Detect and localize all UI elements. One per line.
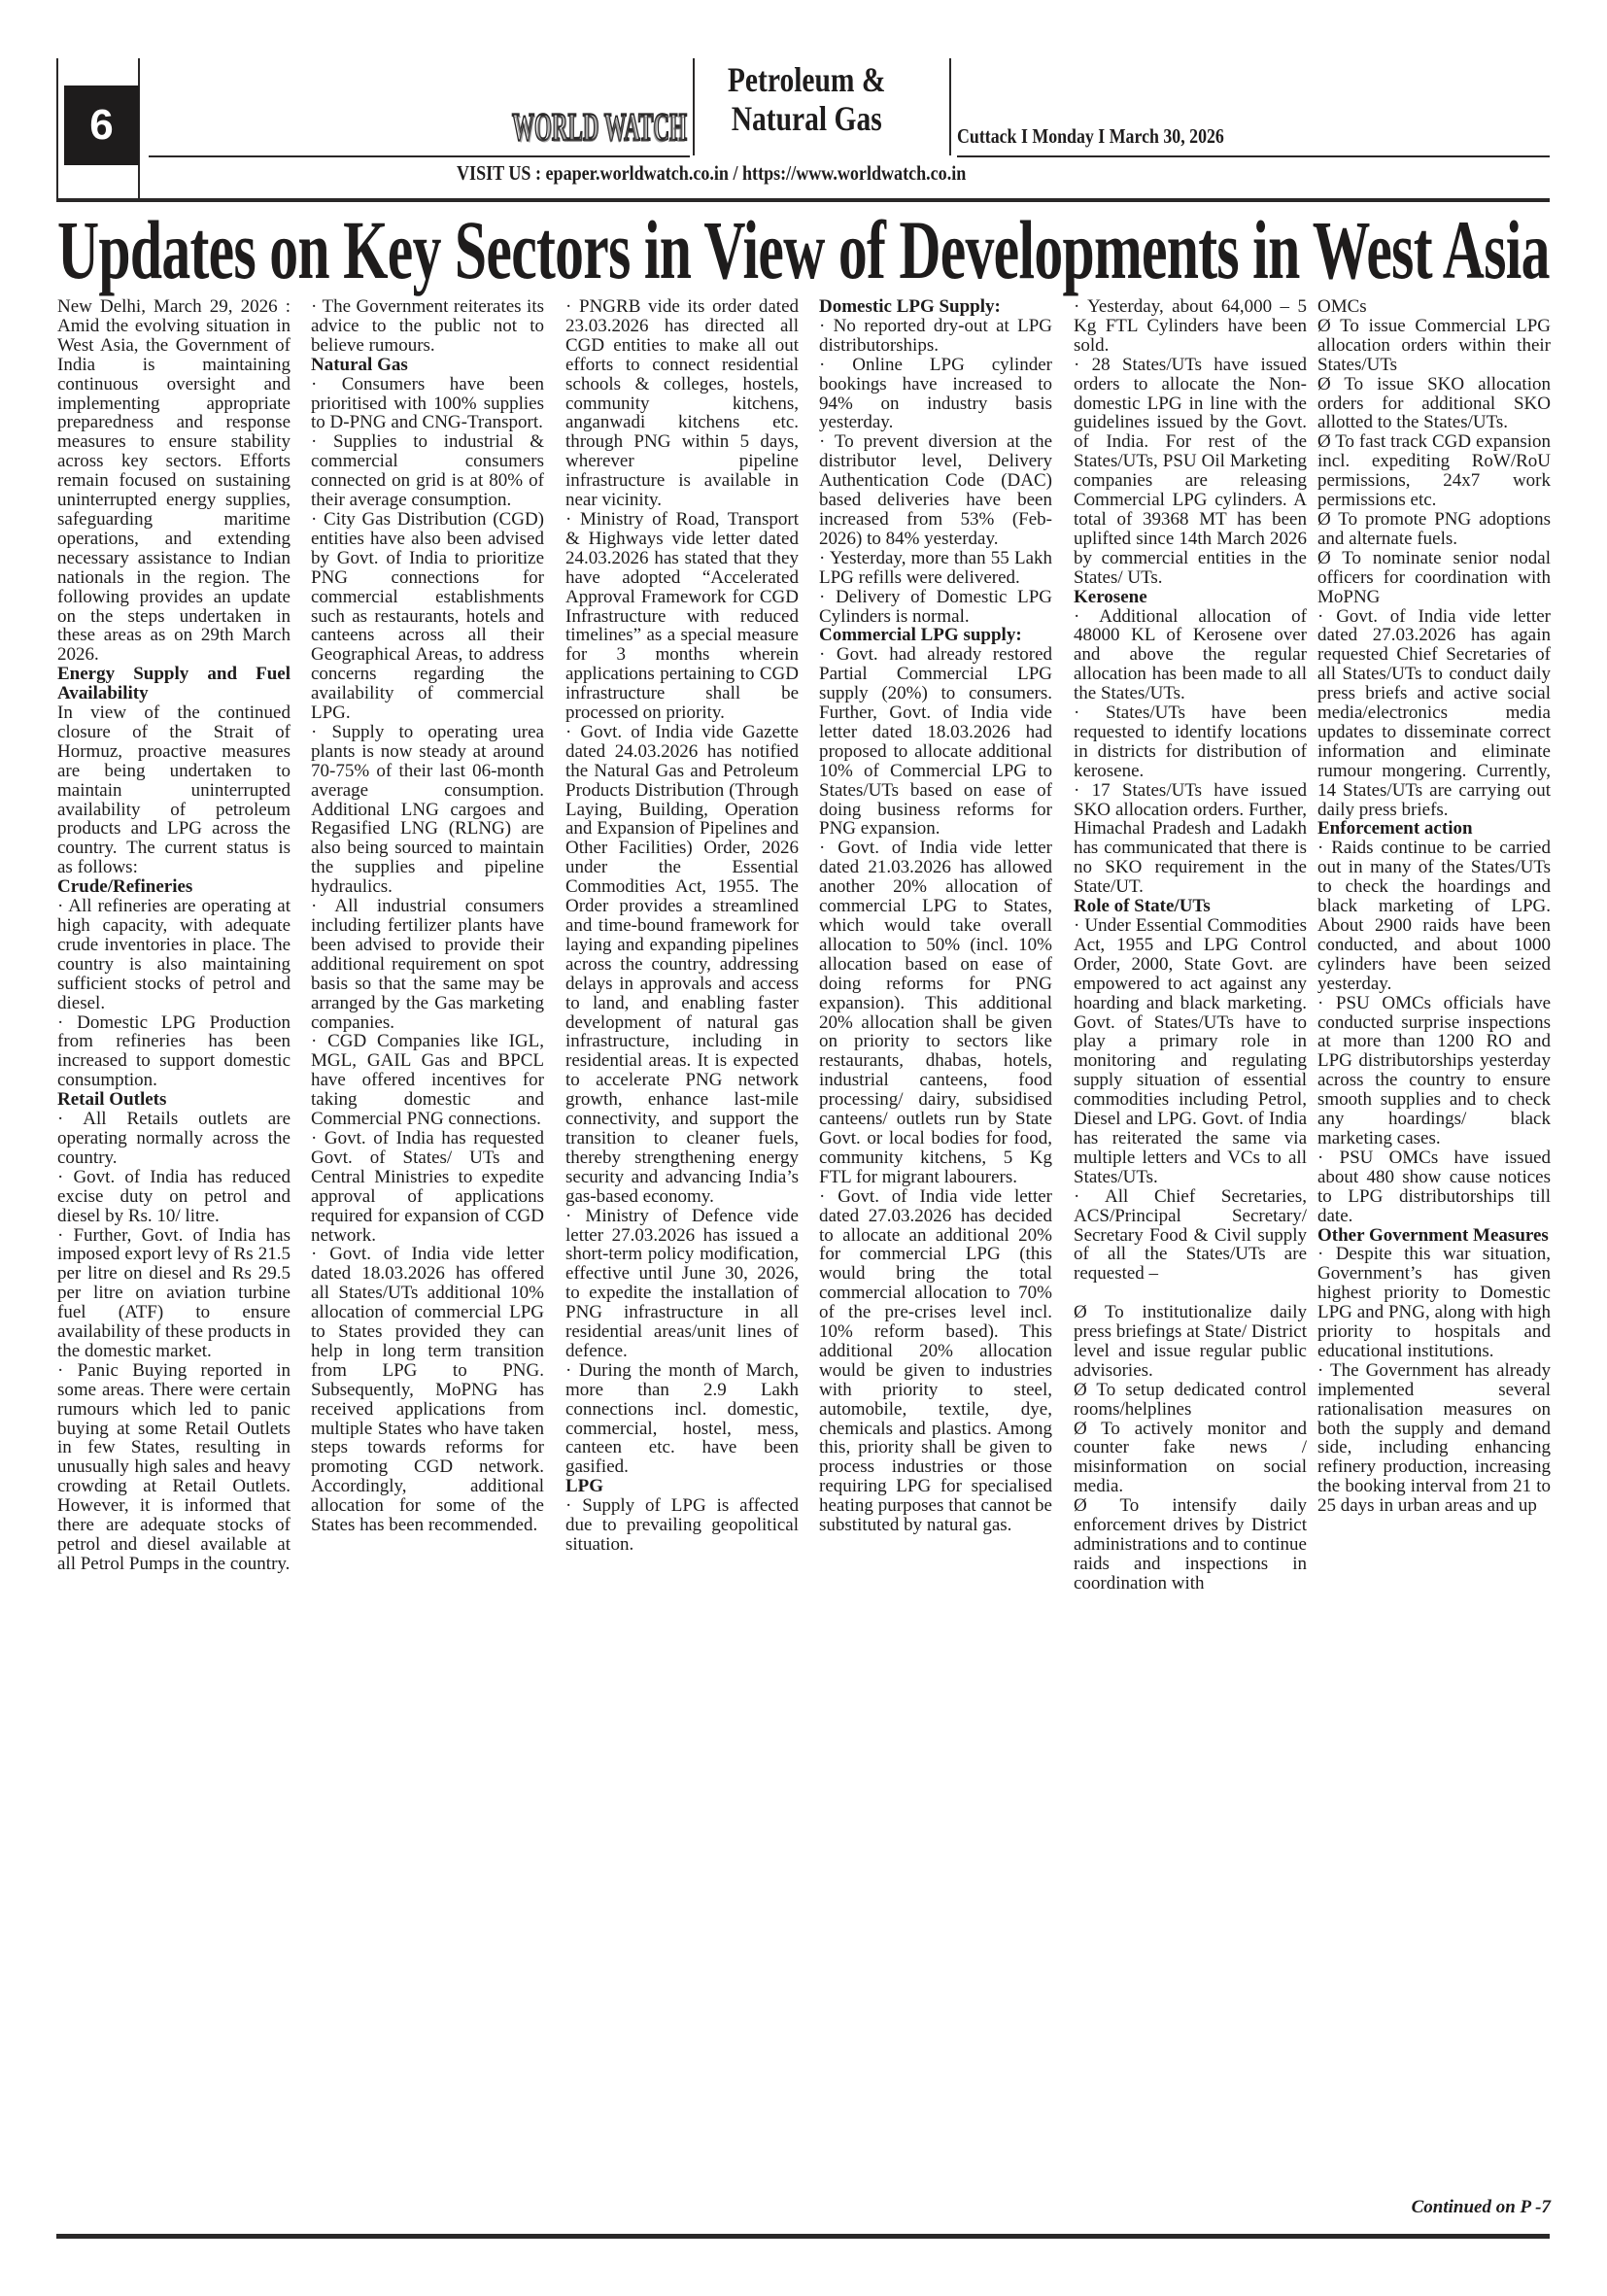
section-heading: Enforcement action xyxy=(1317,819,1551,839)
paragraph: · Yesterday, more than 55 Lakh LPG refil… xyxy=(819,549,1052,588)
article-column-1: New Delhi, March 29, 2026 : Amid the evo… xyxy=(57,297,291,1574)
paragraph: New Delhi, March 29, 2026 : Amid the evo… xyxy=(57,297,291,665)
section-heading: Energy Supply and Fuel Availability xyxy=(57,665,291,703)
masthead-left-border xyxy=(56,58,58,200)
svg-text:WORLD WATCH: WORLD WATCH xyxy=(514,107,685,151)
paragraph: · Ministry of Defence vide letter 27.03.… xyxy=(565,1207,799,1361)
section-heading: Retail Outlets xyxy=(57,1090,291,1110)
continued-note: Continued on P -7 xyxy=(1317,2198,1551,2217)
page-number-badge: 6 xyxy=(64,86,139,165)
paragraph: · Govt. of India vide letter dated 21.03… xyxy=(819,839,1052,1186)
paragraph: · PNGRB vide its order dated 23.03.2026 … xyxy=(565,297,799,510)
paragraph: · Online LPG cylinder bookings have incr… xyxy=(819,356,1052,433)
paragraph: · City Gas Distribution (CGD) entities h… xyxy=(311,510,544,723)
paragraph: · Supplies to industrial & commercial co… xyxy=(311,432,544,510)
paragraph: · All Chief Secretaries, ACS/Principal S… xyxy=(1074,1187,1307,1285)
masthead-right-rule xyxy=(957,155,1550,157)
paragraph: · Govt. of India vide Gazette dated 24.0… xyxy=(565,723,799,1207)
logo-wordmark-icon: WORLD WATCH WORLD WATCH xyxy=(510,84,690,154)
paragraph: · 28 States/UTs have issued orders to al… xyxy=(1074,356,1307,588)
masthead-bottom-rule xyxy=(56,198,1550,202)
paragraph: · Panic Buying reported in some areas. T… xyxy=(57,1361,291,1574)
paragraph: · Govt. of India has requested Govt. of … xyxy=(311,1129,544,1245)
headline: Updates on Key Sectors in View of Develo… xyxy=(57,206,1550,293)
paragraph: · Domestic LPG Production from refinerie… xyxy=(57,1013,291,1091)
article-column-3: · PNGRB vide its order dated 23.03.2026 … xyxy=(565,297,799,1555)
spacer xyxy=(1074,1284,1307,1303)
paragraph: · All industrial consumers including fer… xyxy=(311,897,544,1032)
article-column-5: · Yesterday, about 64,000 – 5 Kg FTL Cyl… xyxy=(1074,297,1307,1593)
paragraph: · Further, Govt. of India has imposed ex… xyxy=(57,1226,291,1361)
paragraph: · States/UTs have been requested to iden… xyxy=(1074,703,1307,781)
section-heading: Kerosene xyxy=(1074,588,1307,607)
paragraph: Ø To fast track CGD expansion incl. expe… xyxy=(1317,432,1551,510)
article-column-2: · The Government reiterates its advice t… xyxy=(311,297,544,1535)
paragraph: · All Retails outlets are operating norm… xyxy=(57,1110,291,1168)
masthead-section-divider-2 xyxy=(949,58,951,155)
paragraph: · The Government has already implemented… xyxy=(1317,1361,1551,1516)
section-heading: Crude/Refineries xyxy=(57,877,291,897)
section-title-line-1: Petroleum & xyxy=(719,60,894,99)
paragraph: · Supply of LPG is affected due to preva… xyxy=(565,1496,799,1555)
masthead-section-divider-1 xyxy=(693,58,695,155)
article-column-6: OMCsØ To issue Commercial LPG allocation… xyxy=(1317,297,1551,1516)
paragraph: · PSU OMCs have issued about 480 show ca… xyxy=(1317,1148,1551,1226)
masthead-left-rule xyxy=(149,155,690,157)
paragraph: Ø To nominate senior nodal officers for … xyxy=(1317,549,1551,607)
paragraph: · Yesterday, about 64,000 – 5 Kg FTL Cyl… xyxy=(1074,297,1307,356)
paragraph: Ø To promote PNG adoptions and alternate… xyxy=(1317,510,1551,549)
paragraph: · Supply to operating urea plants is now… xyxy=(311,723,544,897)
section-heading: Role of State/UTs xyxy=(1074,897,1307,916)
paragraph: · Under Essential Commodities Act, 1955 … xyxy=(1074,916,1307,1187)
paragraph: · Raids continue to be carried out in ma… xyxy=(1317,839,1551,993)
paragraph: Ø To setup dedicated control rooms/helpl… xyxy=(1074,1381,1307,1420)
paragraph: Ø To issue SKO allocation orders for add… xyxy=(1317,375,1551,433)
paragraph: In view of the continued closure of the … xyxy=(57,703,291,877)
paragraph: · Delivery of Domestic LPG Cylinders is … xyxy=(819,588,1052,627)
paragraph: · Govt. of India vide letter dated 27.03… xyxy=(819,1187,1052,1535)
paragraph: OMCs xyxy=(1317,297,1551,317)
paragraph: · The Government reiterates its advice t… xyxy=(311,297,544,356)
paragraph: · Despite this war situation, Government… xyxy=(1317,1245,1551,1360)
section-title-line-2: Natural Gas xyxy=(719,99,894,138)
paragraph: · Govt. of India has reduced excise duty… xyxy=(57,1168,291,1226)
paragraph: · Ministry of Road, Transport & Highways… xyxy=(565,510,799,723)
page-bottom-rule xyxy=(56,2234,1550,2239)
page-number: 6 xyxy=(89,101,113,150)
paragraph: Ø To intensify daily enforcement drives … xyxy=(1074,1496,1307,1593)
worldwatch-logo: WORLD WATCH WORLD WATCH xyxy=(510,84,690,154)
dateline: Cuttack I Monday I March 30, 2026 xyxy=(957,124,1224,149)
paragraph: · Govt. of India vide letter dated 27.03… xyxy=(1317,607,1551,820)
website-line: VISIT US : epaper.worldwatch.co.in / htt… xyxy=(457,161,966,186)
section-heading: LPG xyxy=(565,1477,799,1496)
paragraph: · Consumers have been prioritised with 1… xyxy=(311,375,544,433)
section-heading: Commercial LPG supply: xyxy=(819,626,1052,645)
paragraph: · CGD Companies like IGL, MGL, GAIL Gas … xyxy=(311,1032,544,1129)
paragraph: · Additional allocation of 48000 KL of K… xyxy=(1074,607,1307,704)
paragraph: · All refineries are operating at high c… xyxy=(57,897,291,1012)
paragraph: · 17 States/UTs have issued SKO allocati… xyxy=(1074,781,1307,897)
paragraph: · PSU OMCs officials have conducted surp… xyxy=(1317,994,1551,1148)
paragraph: · No reported dry-out at LPG distributor… xyxy=(819,317,1052,356)
paragraph: Ø To actively monitor and counter fake n… xyxy=(1074,1420,1307,1497)
paragraph: · Govt. of India vide letter dated 18.03… xyxy=(311,1245,544,1535)
paragraph: · To prevent diversion at the distributo… xyxy=(819,432,1052,548)
section-heading: Domestic LPG Supply: xyxy=(819,297,1052,317)
section-heading: Other Government Measures xyxy=(1317,1226,1551,1246)
section-title: Petroleum & Natural Gas xyxy=(719,60,894,138)
paragraph: · During the month of March, more than 2… xyxy=(565,1361,799,1477)
article-column-4: Domestic LPG Supply:· No reported dry-ou… xyxy=(819,297,1052,1535)
paragraph: Ø To issue Commercial LPG allocation ord… xyxy=(1317,317,1551,375)
paragraph: Ø To institutionalize daily press briefi… xyxy=(1074,1303,1307,1381)
section-heading: Natural Gas xyxy=(311,356,544,375)
paragraph: · Govt. had already restored Partial Com… xyxy=(819,645,1052,839)
